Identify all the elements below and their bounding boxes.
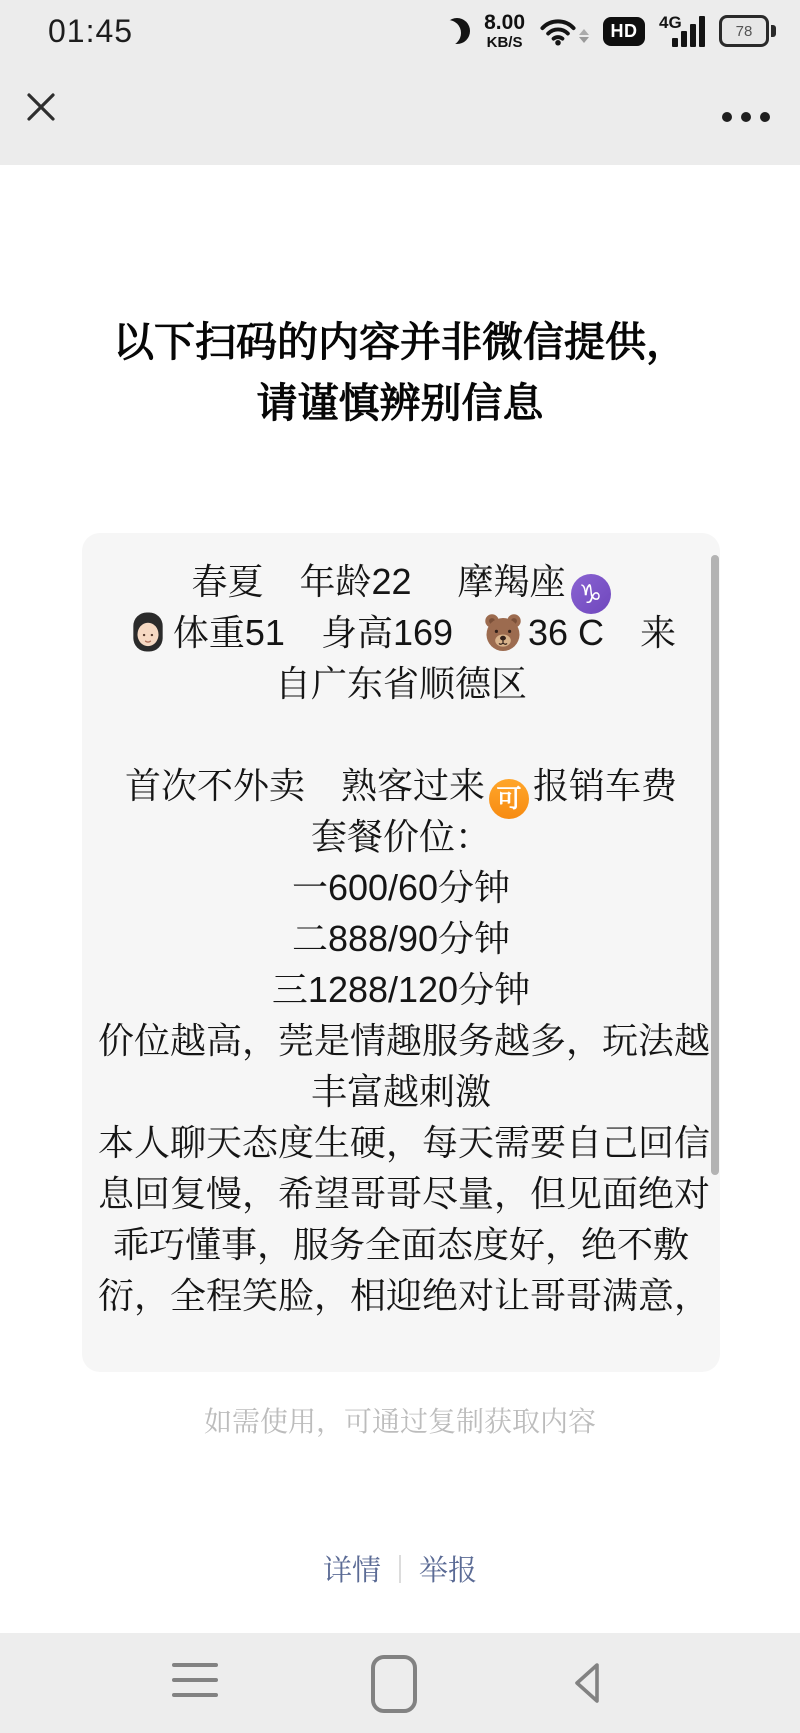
status-bar-and-navbar: 01:45 8.00 KB/S HD 4G (0, 0, 800, 165)
desc-line: 息回复慢，希望哥哥尽量，但见面绝对 (98, 1168, 704, 1219)
desc-line: 本人聊天态度生硬，每天需要自己回信 (98, 1117, 704, 1168)
scanned-content-card: 春夏 年龄22 摩羯座♑ 体重51 身高169 (82, 533, 720, 1372)
profile-line-2: 体重51 身高169 36 C来 (98, 607, 704, 658)
battery-nub (771, 25, 776, 37)
blank-line (98, 709, 704, 760)
do-not-disturb-moon-icon (444, 18, 470, 44)
wifi-traffic-arrows-icon (579, 29, 589, 43)
warning-line-1: 以下扫码的内容并非微信提供， (0, 312, 800, 373)
link-divider (399, 1555, 401, 1583)
accept-ke-emoji-icon: 可 (489, 779, 529, 819)
scan-warning-title: 以下扫码的内容并非微信提供， 请谨慎辨别信息 (0, 312, 800, 434)
profile-line-1: 春夏 年龄22 摩羯座♑ (98, 556, 704, 607)
close-icon[interactable] (22, 88, 60, 126)
menu-icon[interactable] (172, 1663, 218, 1697)
battery-percent: 78 (719, 15, 769, 47)
hd-voice-badge: HD (603, 17, 645, 46)
home-icon[interactable] (371, 1655, 417, 1713)
price-option-2: 二888/90分钟 (98, 913, 704, 964)
battery-indicator: 78 (719, 15, 776, 47)
card-scrollbar[interactable] (711, 555, 719, 1175)
wifi-icon (539, 16, 577, 46)
woman-emoji-icon (126, 610, 170, 667)
desc-line: 价位越高，莞是情趣服务越多，玩法越 (98, 1015, 704, 1066)
price-title: 套餐价位： (98, 811, 704, 862)
back-icon[interactable] (567, 1657, 607, 1709)
profile-line-3: 自广东省顺德区 (98, 658, 704, 709)
cellular-signal-icon: 4G (659, 14, 705, 48)
detail-link[interactable]: 详情 (323, 1548, 381, 1589)
scanned-text-content: 春夏 年龄22 摩羯座♑ 体重51 身高169 (82, 533, 720, 1321)
copy-hint-text: 如需使用，可通过复制获取内容 (0, 1400, 800, 1440)
report-link[interactable]: 举报 (419, 1548, 477, 1589)
desc-line: 丰富越刺激 (98, 1066, 704, 1117)
network-speed-value: 8.00 (484, 12, 525, 33)
network-speed-unit: KB/S (487, 35, 523, 50)
desc-line: 衍，全程笑脸，相迎绝对让哥哥满意， (98, 1270, 704, 1321)
footer-links: 详情 举报 (0, 1548, 800, 1589)
android-nav-bar (0, 1633, 800, 1733)
wechat-scan-result-screen: 01:45 8.00 KB/S HD 4G (0, 0, 800, 1733)
rule-line: 首次不外卖 熟客过来可报销车费 (98, 760, 704, 811)
clock-time: 01:45 (48, 13, 133, 50)
signal-bars-icon (672, 16, 705, 47)
price-option-1: 一600/60分钟 (98, 862, 704, 913)
price-option-3: 三1288/120分钟 (98, 964, 704, 1015)
network-speed-indicator: 8.00 KB/S (484, 12, 525, 50)
desc-line: 乖巧懂事，服务全面态度好，绝不敷 (98, 1219, 704, 1270)
warning-line-2: 请谨慎辨别信息 (0, 373, 800, 434)
more-menu-icon[interactable] (722, 112, 770, 122)
wifi-indicator (539, 16, 589, 46)
status-icons: 8.00 KB/S HD 4G 78 (444, 12, 776, 50)
